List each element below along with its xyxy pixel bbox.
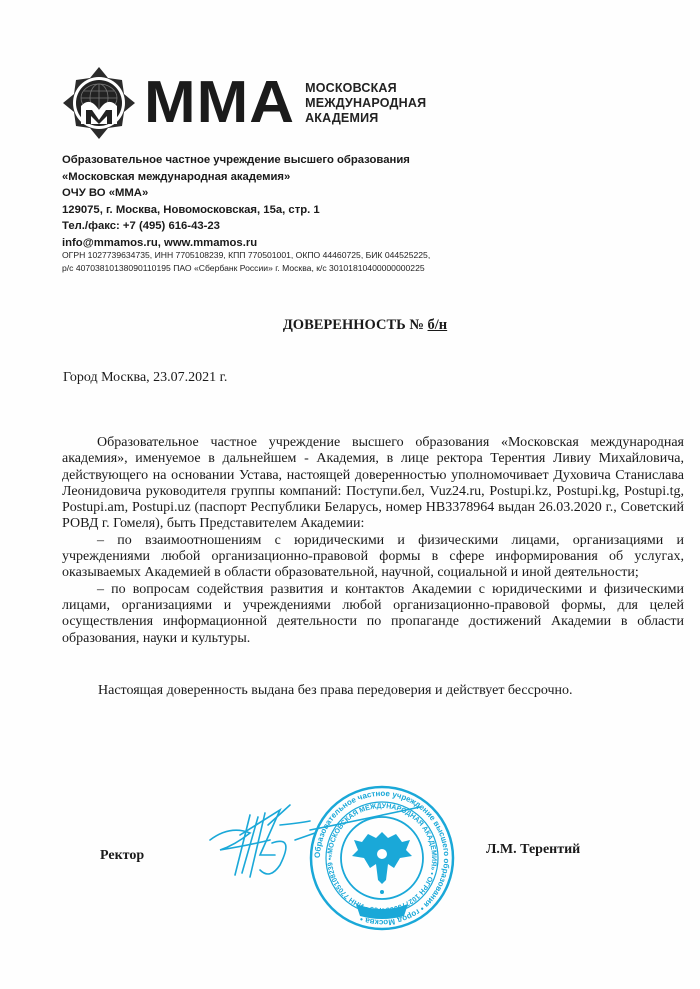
authority-item: – по вопросам содействия развития и конт… <box>62 582 684 647</box>
logo-name-line: МОСКОВСКАЯ <box>305 81 426 96</box>
signatory-name: Л.М. Терентий <box>486 842 580 858</box>
logo-name-line: МЕЖДУНАРОДНАЯ <box>305 96 426 111</box>
official-seal-stamp-icon: Образовательное частное учреждение высше… <box>308 784 456 932</box>
signatory-role: Ректор <box>100 848 144 864</box>
main-paragraph: Образовательное частное учреждение высше… <box>62 435 684 533</box>
registration-line: р/с 40703810138090110195 ПАО «Сбербанк Р… <box>62 262 430 275</box>
closing-statement: Настоящая доверенность выдана без права … <box>98 683 573 699</box>
title-number: б/н <box>428 317 448 333</box>
logo-abbreviation: ММА <box>144 74 295 133</box>
academy-logo: ММА МОСКОВСКАЯ МЕЖДУНАРОДНАЯ АКАДЕМИЯ <box>62 66 426 140</box>
org-full-name: Образовательное частное учреждение высше… <box>62 152 410 169</box>
document-title: ДОВЕРЕННОСТЬ № б/н <box>0 317 700 334</box>
authority-item: – по взаимоотношениям с юридическими и ф… <box>62 533 684 582</box>
org-quoted-name: «Московская международная академия» <box>62 169 410 186</box>
logo-name-line: АКАДЕМИЯ <box>305 111 426 126</box>
logo-full-name: МОСКОВСКАЯ МЕЖДУНАРОДНАЯ АКАДЕМИЯ <box>305 81 426 126</box>
registration-details: ОГРН 1027739634735, ИНН 7705108239, КПП … <box>62 249 430 275</box>
city-date: Город Москва, 23.07.2021 г. <box>63 370 227 386</box>
org-address: 129075, г. Москва, Новомосковская, 15а, … <box>62 202 410 219</box>
org-phone: Тел./факс: +7 (495) 616-43-23 <box>62 218 410 235</box>
registration-line: ОГРН 1027739634735, ИНН 7705108239, КПП … <box>62 249 430 262</box>
organization-details: Образовательное частное учреждение высше… <box>62 152 410 251</box>
document-body: Образовательное частное учреждение высше… <box>62 435 684 647</box>
globe-book-emblem-icon <box>62 66 136 140</box>
title-prefix: ДОВЕРЕННОСТЬ № <box>283 317 428 333</box>
org-short-name: ОЧУ ВО «ММА» <box>62 185 410 202</box>
